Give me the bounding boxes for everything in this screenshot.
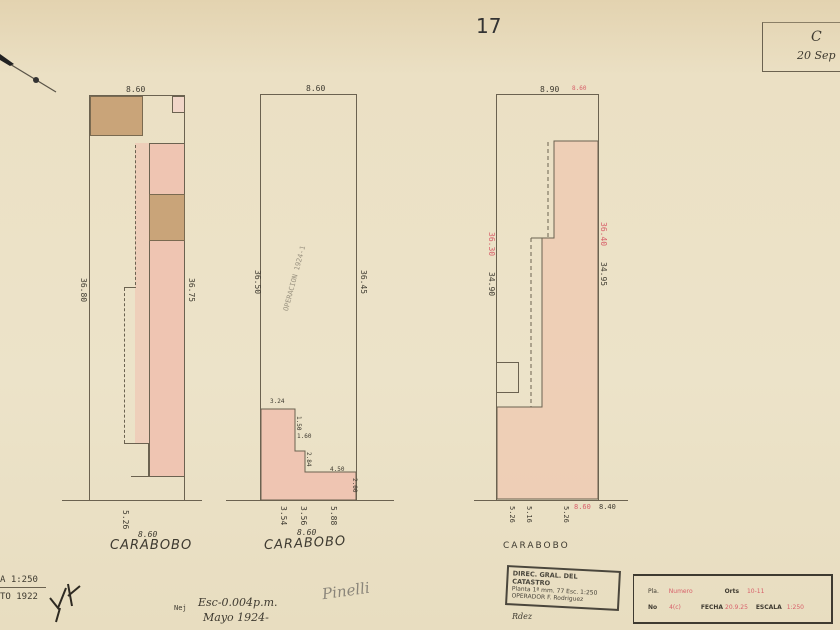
operation-stamp: Pla. Numero Orts 10-11 No 4(c) FECHA 20.… <box>633 574 833 624</box>
plot3-built-area <box>496 140 599 500</box>
note-prefix: Nej <box>174 604 187 612</box>
plot1-top-width: 8.60 <box>126 85 145 94</box>
scale-left: A 1:250 <box>0 575 38 585</box>
plot3-bottom-offset: 5.26 <box>508 506 516 523</box>
plot3-bottom-width-red: 8.60 <box>574 503 591 511</box>
plot1-street: CARABOBO <box>110 538 192 553</box>
catastro-signature: Rdez <box>512 612 532 621</box>
plot2-step-label: 1.60 <box>297 433 311 440</box>
plot1-bottom-offset: 5.26 <box>121 510 130 529</box>
plot3-right-depth: 34.95 <box>599 262 608 286</box>
plot1-right-depth: 36.75 <box>187 278 196 302</box>
stamp-row1-mid: Orts <box>725 588 740 595</box>
plot2-step-label: 2.00 <box>351 478 358 492</box>
plot2-step-label: 1.50 <box>295 416 302 430</box>
plot3-bottom-offset: 5.26 <box>562 506 570 523</box>
stamp-row2-mid-value: 20.9.25 <box>725 604 748 611</box>
stamp-row2-end: ESCALA <box>756 604 782 611</box>
plot3-top-width-red: 8.60 <box>572 85 586 92</box>
scale-note: Esc-0.004p.m. <box>198 596 278 609</box>
stamp-row2-end-value: 1:250 <box>787 604 804 611</box>
stamp-row1-value: Numero <box>669 588 693 595</box>
plot3-left-depth: 34.90 <box>487 272 496 296</box>
date-left: TO 1922 <box>0 592 38 602</box>
corner-stamp-letter: C <box>811 29 822 45</box>
plot2-bottom-offset: 3.56 <box>299 506 308 525</box>
plot1-built-area <box>149 143 184 476</box>
plot3-left-depth-red: 36.30 <box>487 232 496 256</box>
plot3-right-depth-red: 36.40 <box>599 222 608 246</box>
corner-stamp: C 20 Sep <box>762 22 840 72</box>
plot2-step-label: 2.84 <box>305 452 312 466</box>
plot2-bottom-offset: 3.54 <box>279 506 288 525</box>
stamp-row1-label: Pla. <box>648 588 659 595</box>
stamp-row2-value: 4(c) <box>669 604 681 611</box>
stamp-row2-mid: FECHA <box>701 604 723 611</box>
plot1-building-a <box>90 96 143 136</box>
plot2-center-note: OPERACION 1924-1 <box>282 245 307 312</box>
plot3-street: CARABOBO <box>503 541 570 551</box>
page-number: 17 <box>476 14 501 38</box>
plot3-bottom-offset: 5.16 <box>525 506 533 523</box>
north-arrow-icon <box>0 50 70 100</box>
plot2-top-width: 8.60 <box>306 84 325 93</box>
plot2-bottom-offset: 5.88 <box>329 506 338 525</box>
date-note: Mayo 1924- <box>203 611 269 624</box>
signature: Pinelli <box>321 579 371 603</box>
plot3-small-room <box>496 362 519 393</box>
plot1-building-b <box>149 194 185 241</box>
plot2-left-depth: 36.50 <box>253 270 262 294</box>
corner-stamp-date: 20 Sep <box>797 49 836 62</box>
plot2-street: CARABOBO <box>264 534 347 553</box>
initials-mark-icon <box>46 578 86 626</box>
catastro-stamp: DIREC. GRAL. DEL CATASTRO Planta 1ª mm. … <box>505 565 621 611</box>
plot3-top-width: 8.90 <box>540 85 559 94</box>
stamp-row1-end: 10-11 <box>747 588 764 595</box>
stamp-row2-label: No <box>648 604 657 611</box>
plot2-step-label: 3.24 <box>270 398 284 405</box>
plot1-left-depth: 36.80 <box>79 278 88 302</box>
plot2-right-depth: 36.45 <box>359 270 368 294</box>
plot2-step-label: 4.50 <box>330 466 344 473</box>
plot3-bottom-width: 8.40 <box>599 503 616 511</box>
